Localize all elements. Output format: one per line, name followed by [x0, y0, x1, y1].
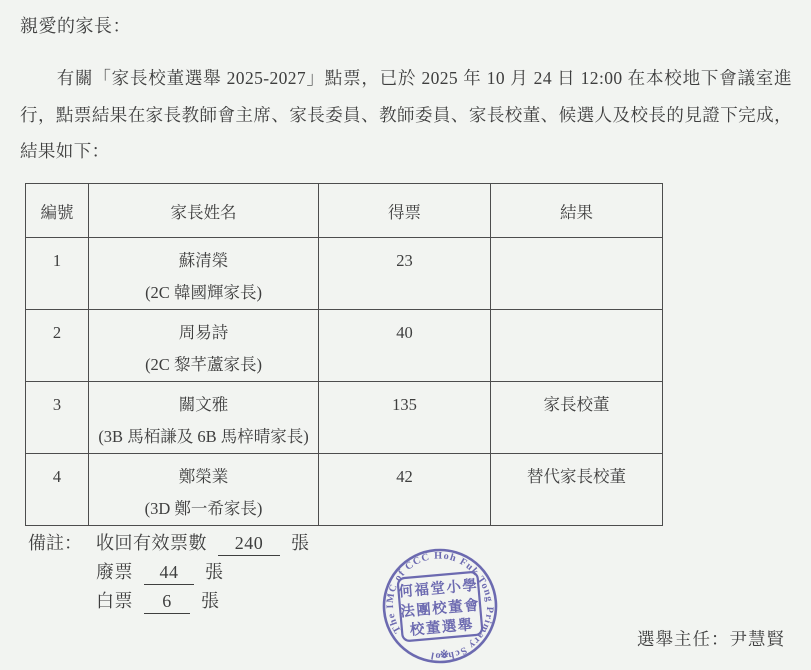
candidate-relation: (2C 韓國輝家長)	[89, 277, 318, 309]
candidate-name: 蘇清榮	[89, 245, 318, 277]
letter-page: 親愛的家長： 有關「家長校董選舉 2025-2027」點票，已於 2025 年 …	[0, 0, 811, 670]
header-parent-name: 家長姓名	[89, 184, 319, 238]
school-imc-stamp: The IMC of CCC Hoh Fuk Tong Primary Scho…	[374, 540, 506, 670]
header-number: 編號	[26, 184, 89, 238]
valid-votes-label: 收回有效票數	[96, 533, 207, 553]
candidate-relation: (3B 馬栢謙及 6B 馬梓晴家長)	[89, 421, 318, 453]
salutation: 親愛的家長：	[20, 12, 131, 38]
letter-body-paragraph: 有關「家長校董選舉 2025-2027」點票，已於 2025 年 10 月 24…	[20, 60, 792, 170]
results-table: 編號 家長姓名 得票 結果 1 蘇清榮 (2C 韓國輝家長) 23 2 周易詩	[25, 183, 663, 526]
blank-votes-unit: 張	[201, 591, 220, 611]
cell-votes: 23	[319, 238, 491, 310]
stamp-asterisk-symbol: ※	[439, 648, 449, 661]
cell-parent-name: 關文雅 (3B 馬栢謙及 6B 馬梓晴家長)	[89, 382, 319, 454]
cell-number: 3	[26, 382, 89, 454]
candidate-name: 鄭榮業	[89, 461, 318, 493]
cell-parent-name: 鄭榮業 (3D 鄭一希家長)	[89, 454, 319, 526]
cell-result	[491, 238, 663, 310]
spoiled-votes-unit: 張	[205, 562, 224, 582]
stamp-line-school-name: 何福堂小學	[397, 576, 479, 601]
blank-votes-label: 白票	[96, 591, 133, 611]
cell-parent-name: 周易詩 (2C 黎芊蘆家長)	[89, 310, 319, 382]
table-row: 4 鄭榮業 (3D 鄭一希家長) 42 替代家長校董	[26, 454, 663, 526]
blank-votes-line: 白票 6 張	[96, 587, 310, 616]
spoiled-votes-line: 廢票 44 張	[96, 558, 310, 587]
table-row: 1 蘇清榮 (2C 韓國輝家長) 23	[26, 238, 663, 310]
cell-votes: 40	[319, 310, 491, 382]
header-result: 結果	[491, 184, 663, 238]
valid-votes-value: 240	[218, 531, 280, 556]
valid-votes-line: 收回有效票數 240 張	[96, 529, 310, 558]
spoiled-votes-value: 44	[144, 560, 194, 585]
remarks-label: 備註：	[28, 529, 82, 616]
cell-number: 1	[26, 238, 89, 310]
cell-result: 家長校董	[491, 382, 663, 454]
table-header-row: 編號 家長姓名 得票 結果	[26, 184, 663, 238]
cell-votes: 42	[319, 454, 491, 526]
candidate-name: 周易詩	[89, 317, 318, 349]
table-row: 2 周易詩 (2C 黎芊蘆家長) 40	[26, 310, 663, 382]
header-votes: 得票	[319, 184, 491, 238]
candidate-relation: (3D 鄭一希家長)	[89, 493, 318, 525]
remarks-section: 備註： 收回有效票數 240 張 廢票 44 張 白票 6 張	[28, 529, 310, 616]
spoiled-votes-label: 廢票	[96, 562, 133, 582]
candidate-name: 關文雅	[89, 389, 318, 421]
remarks-lines: 收回有效票數 240 張 廢票 44 張 白票 6 張	[96, 529, 310, 616]
blank-votes-value: 6	[144, 589, 190, 614]
cell-number: 2	[26, 310, 89, 382]
cell-result	[491, 310, 663, 382]
candidate-relation: (2C 黎芊蘆家長)	[89, 349, 318, 381]
table-row: 3 關文雅 (3B 馬栢謙及 6B 馬梓晴家長) 135 家長校董	[26, 382, 663, 454]
cell-parent-name: 蘇清榮 (2C 韓國輝家長)	[89, 238, 319, 310]
cell-number: 4	[26, 454, 89, 526]
valid-votes-unit: 張	[291, 533, 310, 553]
cell-result: 替代家長校董	[491, 454, 663, 526]
cell-votes: 135	[319, 382, 491, 454]
election-officer-signature: 選舉主任：尹慧賢	[637, 626, 785, 651]
